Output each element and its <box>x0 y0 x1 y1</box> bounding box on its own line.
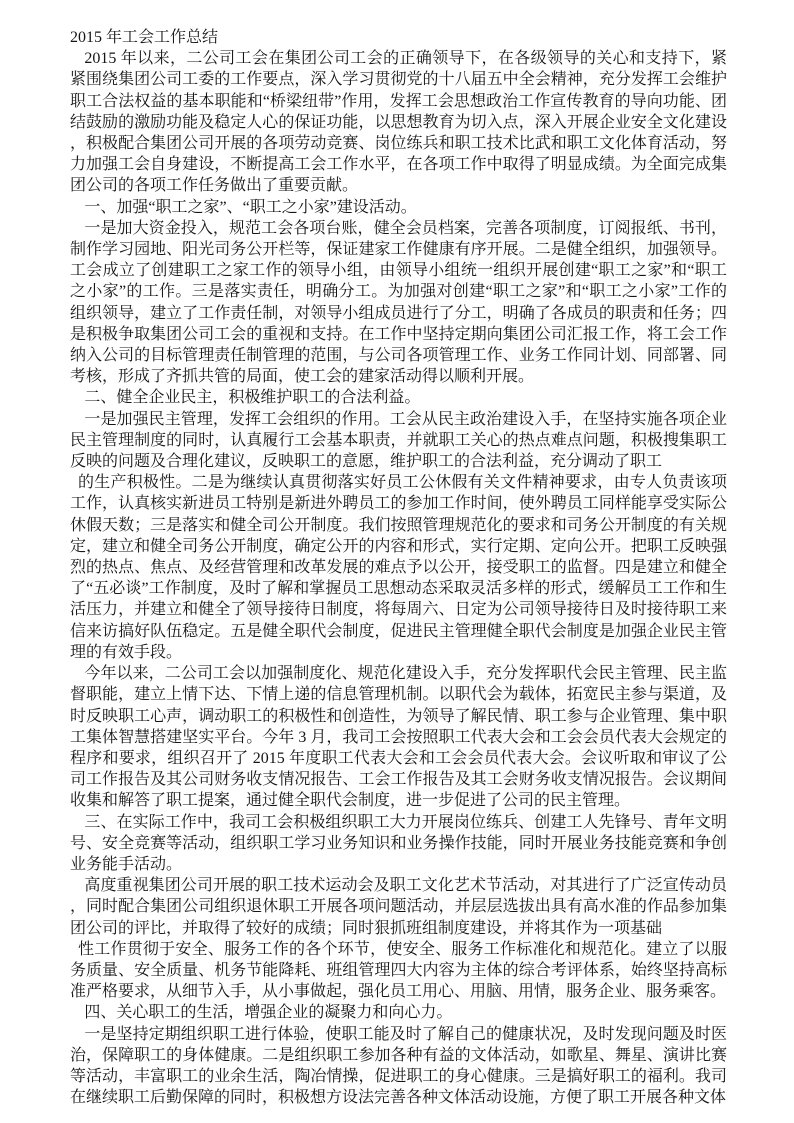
paragraph: 四、关心职工的生活，增强企业的凝聚力和向心力。 <box>70 1002 727 1023</box>
paragraph: 2015 年以来，二公司工会在集团公司工会的正确领导下，在各级领导的关心和支持下… <box>70 48 727 196</box>
document-body: 2015 年工会工作总结 2015 年以来，二公司工会在集团公司工会的正确领导下… <box>70 27 727 1108</box>
paragraph: 今年以来，二公司工会以加强制度化、规范化建设入手，充分发挥职代会民主管理、民主监… <box>70 663 727 811</box>
paragraph: 一、加强“职工之家”、“职工之小家”建设活动。 <box>70 197 727 218</box>
paragraph: 一是坚持定期组织职工进行体验，使职工能及时了解自己的健康状况，及时发现问题及时医… <box>70 1024 727 1109</box>
paragraph-list: 2015 年以来，二公司工会在集团公司工会的正确领导下，在各级领导的关心和支持下… <box>70 48 727 1108</box>
paragraph: 二、健全企业民主，积极维护职工的合法利益。 <box>70 387 727 408</box>
paragraph: 的生产积极性。二是为继续认真贯彻落实好员工公休假有关文件精神要求，由专人负责该项… <box>70 472 727 663</box>
paragraph: 三、在实际工作中，我司工会积极组织职工大力开展岗位练兵、创建工人先锋号、青年文明… <box>70 812 727 876</box>
document-page: 2015 年工会工作总结 2015 年以来，二公司工会在集团公司工会的正确领导下… <box>0 0 794 1123</box>
paragraph: 一是加大资金投入，规范工会各项台账，健全会员档案，完善各项制度，订阅报纸、书刊，… <box>70 218 727 388</box>
paragraph: 高度重视集团公司开展的职工技术运动会及职工文化艺术节活动，对其进行了广泛宣传动员… <box>70 875 727 939</box>
paragraph: 一是加强民主管理，发挥工会组织的作用。工会从民主政治建设入手，在坚持实施各项企业… <box>70 409 727 473</box>
paragraph: 性工作贯彻于安全、服务工作的各个环节，使安全、服务工作标准化和规范化。建立了以服… <box>70 939 727 1003</box>
document-title: 2015 年工会工作总结 <box>70 27 727 48</box>
